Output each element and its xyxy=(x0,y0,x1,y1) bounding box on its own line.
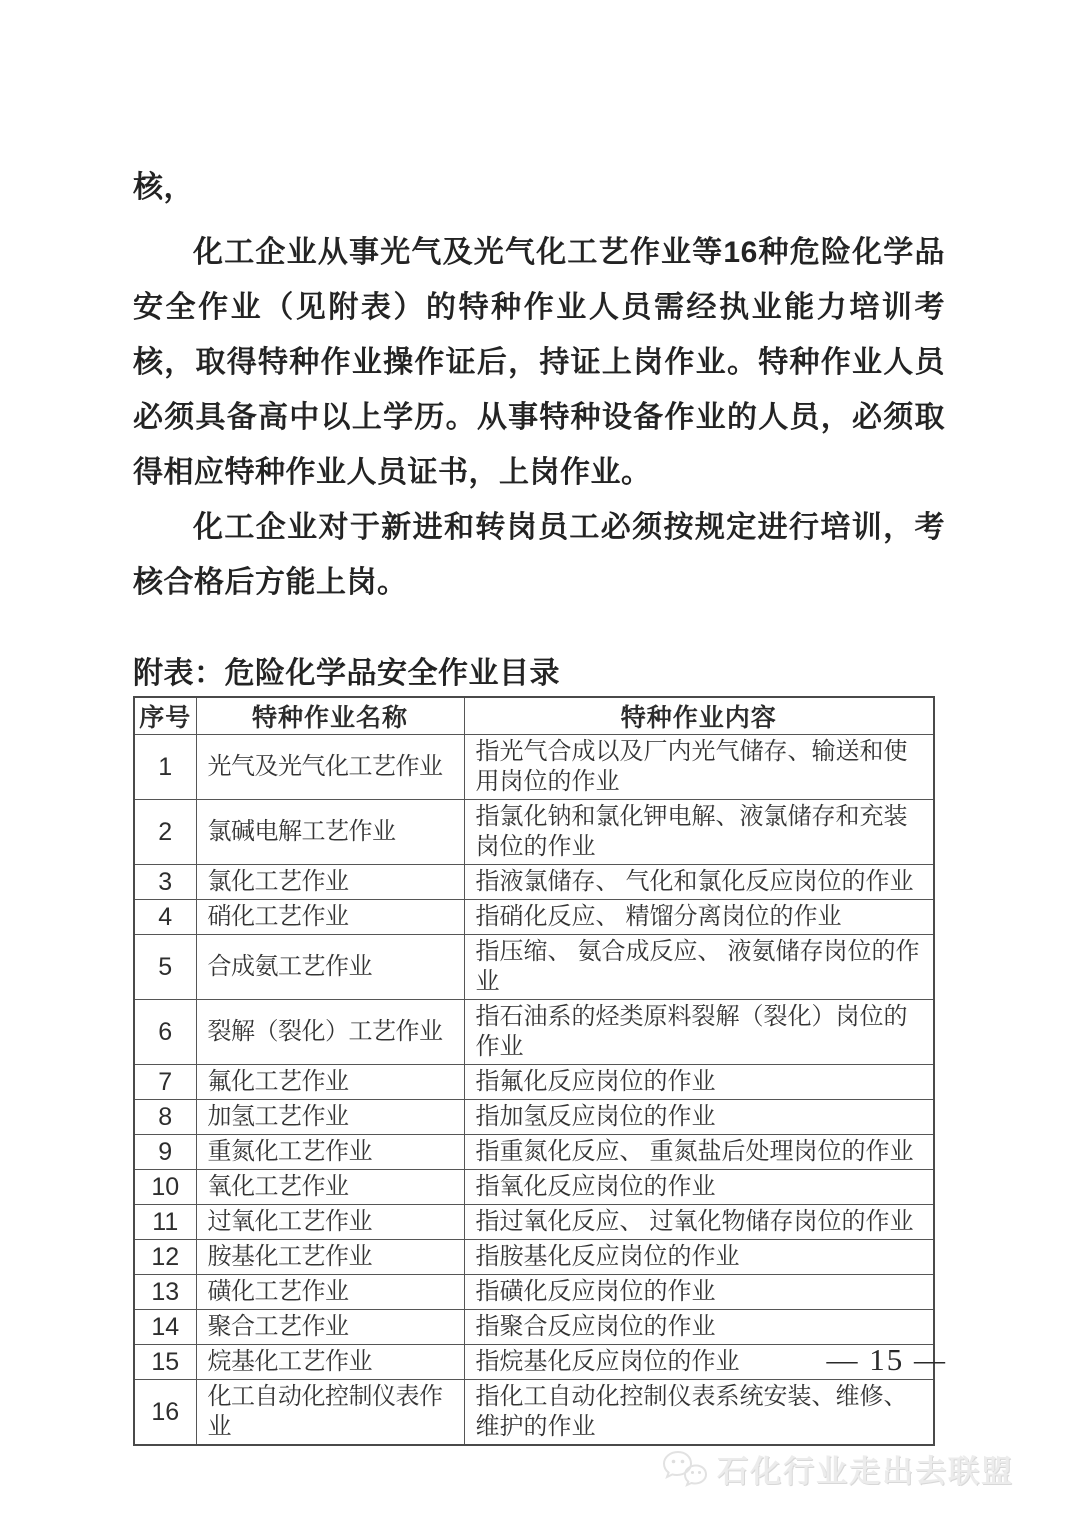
row-no: 12 xyxy=(134,1240,196,1275)
row-content: 指氧化反应岗位的作业 xyxy=(464,1170,934,1205)
watermark: 石化行业走出去联盟 xyxy=(661,1446,1014,1491)
row-content: 指加氢反应岗位的作业 xyxy=(464,1100,934,1135)
row-content: 指液氯储存、 气化和氯化反应岗位的作业 xyxy=(464,865,934,900)
row-name: 光气及光气化工艺作业 xyxy=(196,735,464,800)
row-no: 6 xyxy=(134,1000,196,1065)
table-row: 4 硝化工艺作业 指硝化反应、 精馏分离岗位的作业 xyxy=(134,900,934,935)
row-content: 指胺基化反应岗位的作业 xyxy=(464,1240,934,1275)
row-name: 裂解（裂化）工艺作业 xyxy=(196,1000,464,1065)
table-caption: 附表：危险化学品安全作业目录 xyxy=(133,653,945,695)
paragraph-continuation: 核， xyxy=(133,160,945,215)
row-no: 10 xyxy=(134,1170,196,1205)
table-row: 7 氟化工艺作业 指氟化反应岗位的作业 xyxy=(134,1065,934,1100)
row-name: 硝化工艺作业 xyxy=(196,900,464,935)
table-row: 16 化工自动化控制仪表作业 指化工自动化控制仪表系统安装、维修、维护的作业 xyxy=(134,1380,934,1446)
row-name: 过氧化工艺作业 xyxy=(196,1205,464,1240)
table-row: 13 磺化工艺作业 指磺化反应岗位的作业 xyxy=(134,1275,934,1310)
paragraph-training-requirement: 化工企业对于新进和转岗员工必须按规定进行培训，考核合格后方能上岗。 xyxy=(133,500,945,610)
row-content: 指化工自动化控制仪表系统安装、维修、维护的作业 xyxy=(464,1380,934,1446)
row-no: 2 xyxy=(134,800,196,865)
row-no: 1 xyxy=(134,735,196,800)
operations-table: 序号 特种作业名称 特种作业内容 1 光气及光气化工艺作业 指光气合成以及厂内光… xyxy=(133,696,935,1446)
table-row: 1 光气及光气化工艺作业 指光气合成以及厂内光气储存、输送和使用岗位的作业 xyxy=(134,735,934,800)
wechat-icon xyxy=(661,1449,709,1489)
row-no: 13 xyxy=(134,1275,196,1310)
table-row: 3 氯化工艺作业 指液氯储存、 气化和氯化反应岗位的作业 xyxy=(134,865,934,900)
row-content: 指过氧化反应、 过氧化物储存岗位的作业 xyxy=(464,1205,934,1240)
row-no: 7 xyxy=(134,1065,196,1100)
row-name: 胺基化工艺作业 xyxy=(196,1240,464,1275)
table-row: 8 加氢工艺作业 指加氢反应岗位的作业 xyxy=(134,1100,934,1135)
table-row: 5 合成氨工艺作业 指压缩、 氨合成反应、 液氨储存岗位的作业 xyxy=(134,935,934,1000)
row-no: 11 xyxy=(134,1205,196,1240)
row-content: 指光气合成以及厂内光气储存、输送和使用岗位的作业 xyxy=(464,735,934,800)
row-name: 合成氨工艺作业 xyxy=(196,935,464,1000)
row-name: 磺化工艺作业 xyxy=(196,1275,464,1310)
col-header-name: 特种作业名称 xyxy=(196,697,464,735)
row-name: 氟化工艺作业 xyxy=(196,1065,464,1100)
row-no: 16 xyxy=(134,1380,196,1446)
row-name: 加氢工艺作业 xyxy=(196,1100,464,1135)
watermark-label: 石化行业走出去联盟 xyxy=(717,1446,1014,1491)
row-name: 重氮化工艺作业 xyxy=(196,1135,464,1170)
page-number: — 15 — xyxy=(0,1342,947,1378)
table-row: 9 重氮化工艺作业 指重氮化反应、 重氮盐后处理岗位的作业 xyxy=(134,1135,934,1170)
table-row: 11 过氧化工艺作业 指过氧化反应、 过氧化物储存岗位的作业 xyxy=(134,1205,934,1240)
document-content: 核， 化工企业从事光气及光气化工艺作业等16种危险化学品安全作业（见附表）的特种… xyxy=(133,160,945,1446)
table-row: 14 聚合工艺作业 指聚合反应岗位的作业 xyxy=(134,1310,934,1345)
row-no: 4 xyxy=(134,900,196,935)
row-name: 化工自动化控制仪表作业 xyxy=(196,1380,464,1446)
row-no: 8 xyxy=(134,1100,196,1135)
row-content: 指重氮化反应、 重氮盐后处理岗位的作业 xyxy=(464,1135,934,1170)
row-content: 指压缩、 氨合成反应、 液氨储存岗位的作业 xyxy=(464,935,934,1000)
table-row: 2 氯碱电解工艺作业 指氯化钠和氯化钾电解、液氯储存和充装岗位的作业 xyxy=(134,800,934,865)
table-header-row: 序号 特种作业名称 特种作业内容 xyxy=(134,697,934,735)
row-content: 指硝化反应、 精馏分离岗位的作业 xyxy=(464,900,934,935)
row-content: 指氟化反应岗位的作业 xyxy=(464,1065,934,1100)
row-no: 9 xyxy=(134,1135,196,1170)
document-page: 核， 化工企业从事光气及光气化工艺作业等16种危险化学品安全作业（见附表）的特种… xyxy=(0,0,1080,1527)
row-no: 3 xyxy=(134,865,196,900)
row-name: 聚合工艺作业 xyxy=(196,1310,464,1345)
row-content: 指磺化反应岗位的作业 xyxy=(464,1275,934,1310)
row-no: 5 xyxy=(134,935,196,1000)
row-content: 指石油系的烃类原料裂解（裂化）岗位的作业 xyxy=(464,1000,934,1065)
row-name: 氯碱电解工艺作业 xyxy=(196,800,464,865)
table-row: 6 裂解（裂化）工艺作业 指石油系的烃类原料裂解（裂化）岗位的作业 xyxy=(134,1000,934,1065)
row-content: 指氯化钠和氯化钾电解、液氯储存和充装岗位的作业 xyxy=(464,800,934,865)
table-row: 12 胺基化工艺作业 指胺基化反应岗位的作业 xyxy=(134,1240,934,1275)
col-header-content: 特种作业内容 xyxy=(464,697,934,735)
row-name: 氯化工艺作业 xyxy=(196,865,464,900)
operations-table-body: 1 光气及光气化工艺作业 指光气合成以及厂内光气储存、输送和使用岗位的作业 2 … xyxy=(134,735,934,1446)
paragraph-special-operations: 化工企业从事光气及光气化工艺作业等16种危险化学品安全作业（见附表）的特种作业人… xyxy=(133,225,945,500)
row-content: 指聚合反应岗位的作业 xyxy=(464,1310,934,1345)
col-header-no: 序号 xyxy=(134,697,196,735)
row-name: 氧化工艺作业 xyxy=(196,1170,464,1205)
row-no: 14 xyxy=(134,1310,196,1345)
table-row: 10 氧化工艺作业 指氧化反应岗位的作业 xyxy=(134,1170,934,1205)
